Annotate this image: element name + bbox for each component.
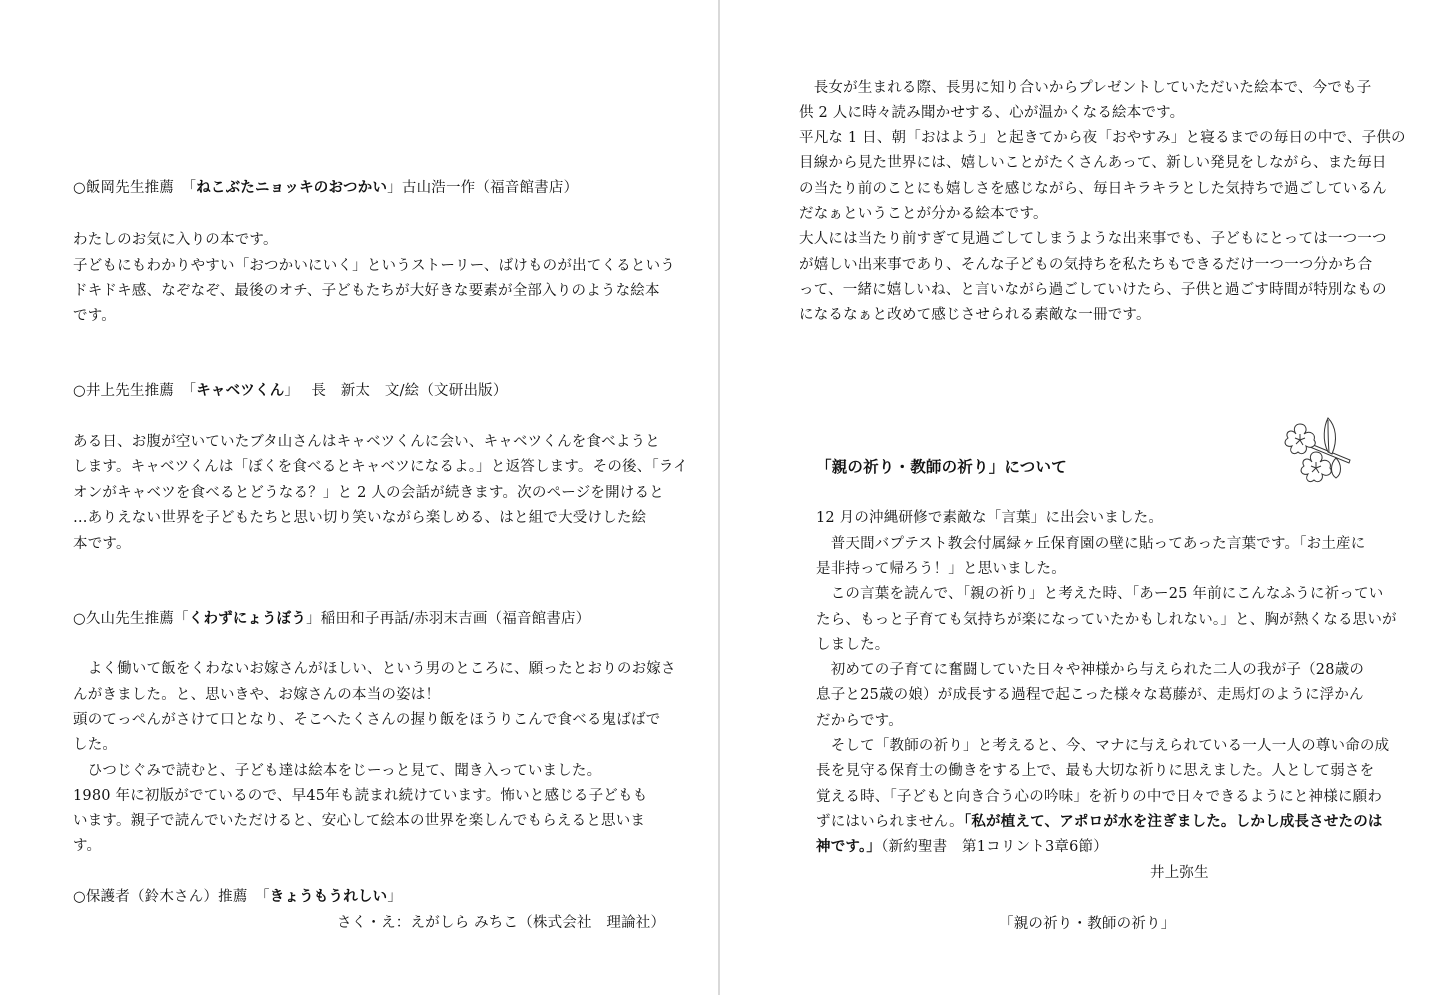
heading-prefix: ○井上先生推薦 「 <box>73 383 196 399</box>
essay-title: 「親の祈り・教師の祈り」について <box>816 454 1067 480</box>
paragraph-line: す。 <box>73 833 101 859</box>
paragraph-line: わたしのお気に入りの本です。 <box>73 227 278 253</box>
review-line: の当たり前のことにも嬉しさを感じながら、毎日キラキラとした気持ちで過ごしているん <box>799 176 1387 202</box>
review-line: って、一緒に嬉しいね、と言いながら過ごしていけたら、子供と過ごす時間が特別なもの <box>799 277 1387 303</box>
paragraph-line: んがきました。と、思いきや、お嫁さんの本当の姿は！ <box>73 682 440 708</box>
essay-line: ずにはいられません。「私が植えて、アポロが水を注ぎました。しかし成長させたのは <box>816 809 1383 835</box>
author-name: 井上弥生 <box>1150 860 1209 886</box>
footer-title: 「親の祈り・教師の祈り」 <box>999 911 1175 937</box>
heading-prefix: ○飯岡先生推薦 「 <box>73 180 196 196</box>
heading-prefix: ○保護者（鈴木さん）推薦 「 <box>73 889 270 905</box>
book-title: くわずにょうぼう <box>189 611 306 627</box>
heading-prefix: ○久山先生推薦「 <box>73 611 189 627</box>
paragraph-line: です。 <box>73 303 116 329</box>
essay-line: そして「教師の祈り」と考えると、今、マナに与えられている一人一人の尊い命の成 <box>816 733 1389 759</box>
paragraph-line: します。キャベツくんは「ぼくを食べるとキャベツになるよ。」と返答します。その後、… <box>73 454 688 480</box>
review-line: 目線から見た世界には、嬉しいことがたくさんあって、新しい発見をしながら、また毎日 <box>799 150 1387 176</box>
paragraph-line: います。親子で読んでいただけると、安心して絵本の世界を楽しんでもらえると思いま <box>73 808 645 834</box>
paragraph-line: ひつじぐみで読むと、子ども達は絵本をじーっと見て、聞き入っていました。 <box>73 758 601 784</box>
book-heading-2: ○井上先生推薦 「キャベツくん」 長 新太 文/絵（文研出版） <box>73 378 508 404</box>
review-line: になるなぁと改めて感じさせられる素敵な一冊です。 <box>799 302 1151 328</box>
essay-line: 息子と25歳の娘）が成長する過程で起こった様々な葛藤が、走馬灯のように浮かん <box>816 682 1364 708</box>
paragraph-line: 子どもにもわかりやすい「おつかいにいく」というストーリー、ばけものが出てくるとい… <box>73 253 675 279</box>
book-heading-3: ○久山先生推薦「くわずにょうぼう」稲田和子再話/赤羽末吉画（福音館書店） <box>73 606 590 632</box>
bible-quote: 神です。」 <box>816 839 881 855</box>
review-line: が嬉しい出来事であり、そんな子どもの気持ちを私たちもできるだけ一つ一つ分かち合 <box>799 252 1372 278</box>
book-heading-4: ○保護者（鈴木さん）推薦 「きょうもうれしい」 <box>73 884 402 910</box>
review-line: 供 2 人に時々読み聞かせする、心が温かくなる絵本です。 <box>799 100 1184 126</box>
paragraph-line: …ありえない世界を子どもたちと思い切り笑いながら楽しめる、はと組で大受けした絵 <box>73 505 646 531</box>
heading-suffix: 」稲田和子再話/赤羽末吉画（福音館書店） <box>306 611 590 627</box>
essay-line: 長を見守る保育士の働きをする上で、最も大切な祈りに思えました。人として弱さを <box>816 758 1374 784</box>
essay-line: 是非持って帰ろう！」と思いました。 <box>816 556 1066 582</box>
book-title: ねこぶたニョッキのおつかい <box>196 180 387 196</box>
essay-line: 普天間バプテスト教会付属緑ヶ丘保育園の壁に貼ってあった言葉です。「お土産に <box>816 531 1365 557</box>
paragraph-line: オンがキャベツを食べるとどうなる？」と 2 人の会話が続きます。次のページを開け… <box>73 480 664 506</box>
essay-text: ずにはいられません。 <box>816 814 964 830</box>
bible-citation: （新約聖書 第1コリント3章6節） <box>881 839 1108 855</box>
review-line: 長女が生まれる際、長男に知り合いからプレゼントしていただいた絵本で、今でも子 <box>799 75 1371 101</box>
right-page: 長女が生まれる際、長男に知り合いからプレゼントしていただいた絵本で、今でも子 供… <box>720 0 1440 995</box>
heading-suffix: 」古山浩一作（福音館書店） <box>387 180 578 196</box>
book-title: きょうもうれしい <box>270 889 388 905</box>
essay-line: 覚える時、「子どもと向き合う心の吟味」を祈りの中で日々できるようにと神様に願わ <box>816 784 1382 810</box>
paragraph-line: 本です。 <box>73 531 131 557</box>
review-line: 大人には当たり前すぎて見過ごしてしまうような出来事でも、子どもにとっては一つ一つ <box>799 226 1387 252</box>
heading-suffix: 」 長 新太 文/絵（文研出版） <box>284 383 507 399</box>
essay-line: 神です。」（新約聖書 第1コリント3章6節） <box>816 834 1108 860</box>
paragraph-line: ドキドキ感、なぞなぞ、最後のオチ、子どもたちが大好きな要素が全部入りのような絵本 <box>73 278 660 304</box>
left-page: ○飯岡先生推薦 「ねこぶたニョッキのおつかい」古山浩一作（福音館書店） わたしの… <box>0 0 718 995</box>
review-line: 平凡な 1 日、朝「おはよう」と起きてから夜「おやすみ」と寝るまでの毎日の中で、… <box>799 125 1406 151</box>
essay-line: 12 月の沖縄研修で素敵な「言葉」に出会いました。 <box>816 505 1163 531</box>
essay-line: 初めての子育てに奮闘していた日々や神様から与えられた二人の我が子（28歳の <box>816 657 1364 683</box>
heading-suffix: 」 <box>387 889 402 905</box>
bible-quote: 「私が植えて、アポロが水を注ぎました。しかし成長させたのは <box>964 814 1383 830</box>
paragraph-line: ある日、お腹が空いていたブタ山さんはキャベツくんに会い、キャベツくんを食べようと <box>73 429 660 455</box>
review-line: だなぁということが分かる絵本です。 <box>799 201 1048 227</box>
book-heading-1: ○飯岡先生推薦 「ねこぶたニョッキのおつかい」古山浩一作（福音館書店） <box>73 175 578 201</box>
essay-line: だからです。 <box>816 708 903 734</box>
essay-line: たら、もっと子育ても気持ちが楽になっていたかもしれない。」と、胸が熱くなる思いが <box>816 607 1397 633</box>
book-title: キャベツくん <box>196 383 284 399</box>
cherry-blossom-icon <box>1276 412 1356 492</box>
paragraph-line: 頭のてっぺんがさけて口となり、そこへたくさんの握り飯をほうりこんで食べる鬼ばばで <box>73 707 660 733</box>
paragraph-line: した。 <box>73 732 117 758</box>
paragraph-line: よく働いて飯をくわないお嫁さんがほしい、という男のところに、願ったとおりのお嫁さ <box>73 656 676 682</box>
paragraph-line: 1980 年に初版がでているので、早45年も読まれ続けています。怖いと感じる子ど… <box>73 783 647 809</box>
book-credit: さく・え：えがしら みちこ（株式会社 理論社） <box>337 910 665 936</box>
essay-line: しました。 <box>816 632 890 658</box>
essay-line: この言葉を読んで、「親の祈り」と考えた時、「あー25 年前にこんなふうに祈ってい <box>816 581 1383 607</box>
